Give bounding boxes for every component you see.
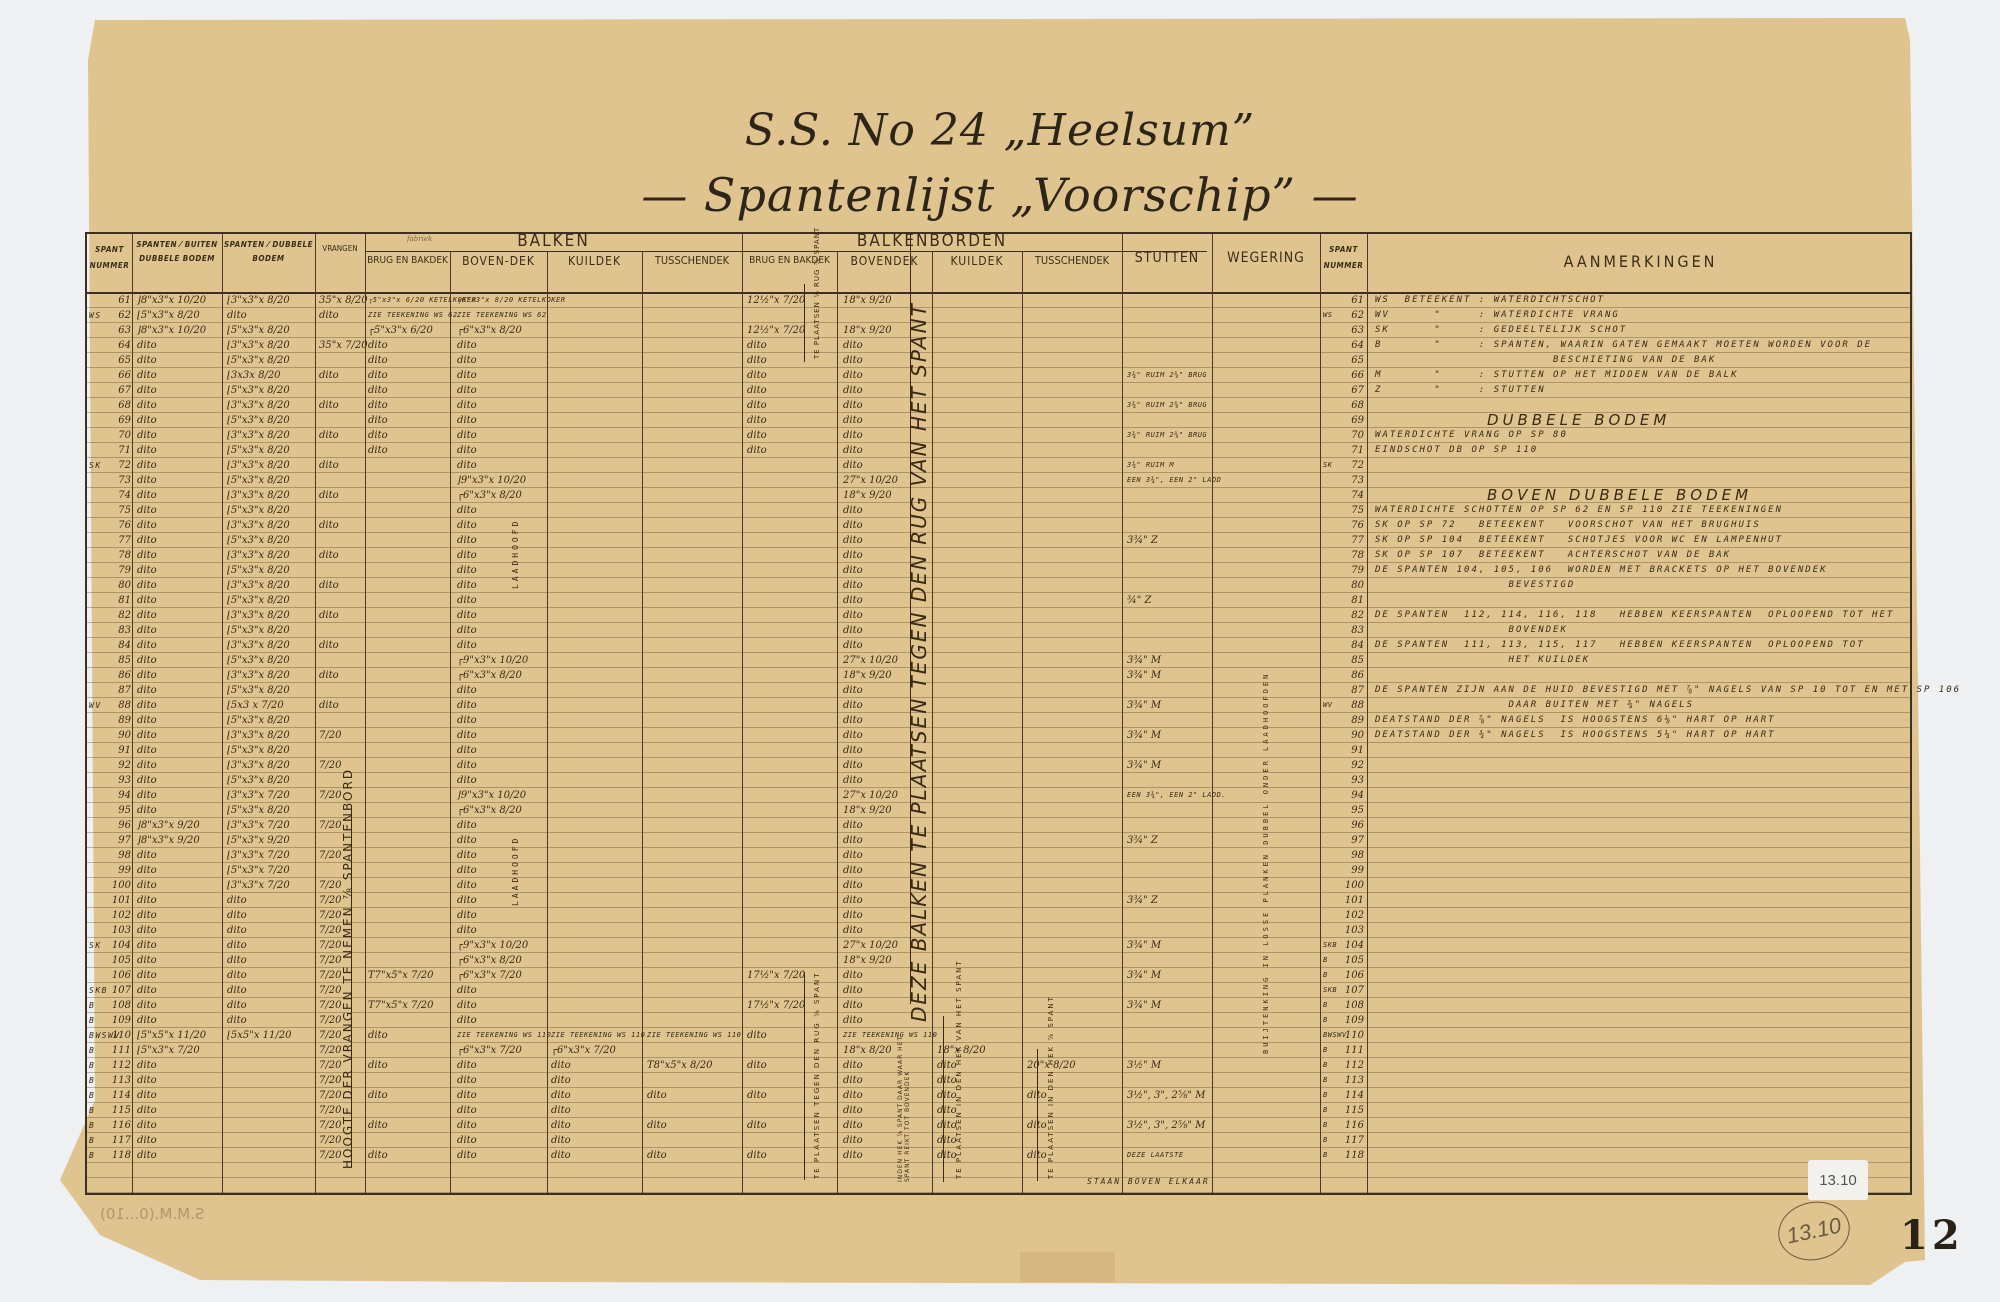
bb-brug-top-arrow [804, 284, 805, 362]
cell-spant-nummer-right: 78 [1342, 548, 1364, 563]
row-rule [87, 1132, 1910, 1133]
cell-nr: 69 [111, 413, 131, 428]
cell-vr: dito [319, 398, 339, 413]
header-spanten-buiten-db: SPANTEN ⁄ BUITEN DUBBELE BODEM [132, 238, 222, 266]
cell-vr: 7/20 [319, 818, 341, 833]
cell-b-boven: dito [457, 398, 477, 413]
cell-spant-nummer-right: 111 [1342, 1043, 1364, 1058]
cell-bb-boven: dito [843, 728, 863, 743]
cell-b-boven: ┌9"x3"x 10/20 [457, 938, 528, 953]
cell-sp-bu: dito [137, 623, 157, 638]
cell-b-boven: dito [457, 548, 477, 563]
cell-sp-db: ⌊3x3x 8/20 [227, 368, 281, 383]
cell-nr: 77 [111, 533, 131, 548]
cell-sp-db: ⌊3"x3"x 8/20 [227, 668, 290, 683]
cell-bb-boven: dito [843, 1058, 863, 1073]
cell-spant-mark-right: WV [1323, 698, 1332, 713]
cell-sp-db: ⌊5"x3"x 8/20 [227, 803, 290, 818]
header-balkenborden-kuildek: KUILDEK [932, 254, 1022, 268]
cell-bb-boven: dito [843, 758, 863, 773]
cell-sp-db: ⌊3"x3"x 7/20 [227, 848, 290, 863]
cell-sp-bu: dito [137, 608, 157, 623]
cell-sp-bu: dito [137, 938, 157, 953]
cell-b-kuil: ZIE TEEKENING WS 110 [551, 1028, 645, 1043]
cell-nr: 78 [111, 548, 131, 563]
cell-nr: 63 [111, 323, 131, 338]
cell-b-boven: ┌6"x3"x 8/20 [457, 668, 522, 683]
cell-spant-nummer-right: 82 [1342, 608, 1364, 623]
cell-spant-nummer-right: 106 [1342, 968, 1364, 983]
row-rule [87, 862, 1910, 863]
row-rule [87, 1027, 1910, 1028]
cell-sp-bu: dito [137, 968, 157, 983]
cell-b-boven: dito [457, 578, 477, 593]
cell-spant-nummer-right: 87 [1342, 683, 1364, 698]
cell-sp-db: ⌊5"x3"x 8/20 [227, 593, 290, 608]
cell-nr: 82 [111, 608, 131, 623]
cell-b-brug: dito [368, 338, 388, 353]
cell-bb-boven: 18"x 9/20 [843, 488, 892, 503]
cell-b-boven: dito [457, 983, 477, 998]
cell-b-brug: dito [368, 353, 388, 368]
cell-sp-db: dito [227, 983, 247, 998]
cell-sp-bu: dito [137, 1058, 157, 1073]
cell-sp-bu: ⌋8"x3"x 10/20 [137, 323, 206, 338]
cell-vr: 7/20 [319, 1028, 341, 1043]
col-divider [932, 251, 933, 1193]
cell-nr: 74 [111, 488, 131, 503]
cell-bb-boven: dito [843, 428, 863, 443]
page-number: 12 [1900, 1212, 1964, 1259]
cell-nr: 80 [111, 578, 131, 593]
cell-spant-mark-right: B [1323, 1073, 1328, 1088]
cell-spant-nummer-right: 98 [1342, 848, 1364, 863]
cell-b-boven: dito [457, 908, 477, 923]
cell-stut: 3¾" Z [1127, 833, 1158, 848]
col-divider [1122, 234, 1123, 1193]
header-balkenborden-bovendek: BOVENDEK [837, 254, 932, 268]
cell-mark: B [89, 1118, 95, 1133]
row-rule [87, 772, 1910, 773]
cell-nr: 86 [111, 668, 131, 683]
cell-nr: 68 [111, 398, 131, 413]
remark-line: EINDSCHOT DB OP SP 110 [1375, 443, 1538, 458]
cell-nr: 112 [111, 1058, 131, 1073]
col-divider [315, 234, 316, 1193]
row-rule [87, 787, 1910, 788]
cell-sp-db: ⌊3"x3"x 8/20 [227, 518, 290, 533]
cell-sp-bu: dito [137, 1013, 157, 1028]
header-balken-kuildek: KUILDEK [547, 254, 642, 268]
cell-b-boven: dito [457, 503, 477, 518]
cell-sp-bu: dito [137, 443, 157, 458]
cell-b-boven: dito [457, 413, 477, 428]
cell-bb-brug: dito [747, 428, 767, 443]
cell-sp-db: ⌊5"x3"x 8/20 [227, 533, 290, 548]
row-rule [87, 1147, 1910, 1148]
row-rule [87, 322, 1910, 323]
cell-spant-nummer-right: 101 [1342, 893, 1364, 908]
cell-sp-bu: ⌊5"x3"x 8/20 [137, 308, 200, 323]
cell-nr: 113 [111, 1073, 131, 1088]
cell-stut: 3¾" RUIM 2⅝" BRUG [1127, 398, 1207, 413]
cell-spant-nummer-right: 102 [1342, 908, 1364, 923]
row-rule [87, 1117, 1910, 1118]
cell-b-tussen: ZIE TEEKENING WS 110 [647, 1028, 741, 1043]
cell-spant-mark-right: B [1323, 1103, 1328, 1118]
cell-b-brug: dito [368, 1028, 388, 1043]
cell-b-boven: ┌6"x3"x 7/20 [457, 1043, 522, 1058]
cell-vr: 7/20 [319, 758, 341, 773]
cell-sp-db: ⌊5x3 x 7/20 [227, 698, 284, 713]
cell-spant-nummer-right: 79 [1342, 563, 1364, 578]
bb-kuildek-arrow [943, 1016, 944, 1182]
cell-mark: B [89, 1058, 95, 1073]
cell-vr: dito [319, 668, 339, 683]
cell-bb-brug: dito [747, 383, 767, 398]
cell-b-brug: dito [368, 1148, 388, 1163]
cell-sp-db: ⌊5"x3"x 8/20 [227, 743, 290, 758]
cell-sp-db: ⌊3"x3"x 7/20 [227, 878, 290, 893]
cell-sp-db: ⌊5"x3"x 8/20 [227, 503, 290, 518]
cell-mark: SK [89, 938, 102, 953]
cell-bb-boven: dito [843, 1073, 863, 1088]
cell-sp-bu: dito [137, 728, 157, 743]
cell-b-boven: dito [457, 1148, 477, 1163]
cell-bb-boven: dito [843, 863, 863, 878]
header-vrangen: VRANGEN [315, 244, 365, 253]
cell-mark: B [89, 1043, 95, 1058]
cell-nr: 106 [111, 968, 131, 983]
cell-stut: 3¾" M [1127, 758, 1161, 773]
cell-b-boven: dito [457, 758, 477, 773]
cell-spant-nummer-right: 76 [1342, 518, 1364, 533]
remark-line: M " : STUTTEN OP HET MIDDEN VAN DE BALK [1375, 368, 1739, 383]
cell-spant-mark-right: B [1323, 1058, 1328, 1073]
cell-vr: 7/20 [319, 1043, 341, 1058]
cell-b-boven: dito [457, 608, 477, 623]
cell-sp-db: dito [227, 953, 247, 968]
cell-stut: 3½", 3", 2⅝" M [1127, 1088, 1205, 1103]
cell-bb-boven: dito [843, 698, 863, 713]
cell-b-boven: ZIE TEEKENING WS 110 [457, 1028, 551, 1043]
cell-nr: 100 [111, 878, 131, 893]
cell-sp-db: dito [227, 893, 247, 908]
cell-bb-boven: 18"x 9/20 [843, 323, 892, 338]
cell-bb-brug: dito [747, 1088, 767, 1103]
cell-spant-mark-right: SK [1323, 458, 1332, 473]
cell-sp-db: ⌊5x5"x 11/20 [227, 1028, 292, 1043]
cell-nr: 105 [111, 953, 131, 968]
cell-sp-bu: dito [137, 653, 157, 668]
header-stutten: STUTTEN [1122, 250, 1212, 266]
cell-sp-bu: dito [137, 848, 157, 863]
cell-vr: 7/20 [319, 1148, 341, 1163]
cell-nr: 81 [111, 593, 131, 608]
cell-nr: 83 [111, 623, 131, 638]
cell-vr: dito [319, 548, 339, 563]
cell-stut: 3¾" M [1127, 968, 1161, 983]
cell-bb-brug: 17½"x 7/20 [747, 998, 805, 1013]
cell-spant-mark-right: B [1323, 1043, 1328, 1058]
cell-mark: WV [89, 698, 102, 713]
cell-sp-bu: dito [137, 923, 157, 938]
cell-spant-mark-right: B [1323, 998, 1328, 1013]
cell-sp-bu: dito [137, 353, 157, 368]
cell-sp-db: dito [227, 308, 247, 323]
cell-nr: 98 [111, 848, 131, 863]
cell-sp-db: ⌊3"x3"x 8/20 [227, 578, 290, 593]
cell-stut: 3¾" M [1127, 728, 1161, 743]
archive-sticker: 13.10 [1808, 1160, 1868, 1200]
cell-nr: 79 [111, 563, 131, 578]
cell-bb-brug: dito [747, 398, 767, 413]
row-rule [87, 1057, 1910, 1058]
bb-brug-bottom-note: TE PLAATSEN TEGEN DEN RUG ⅞ SPANT [813, 972, 821, 1179]
cell-bb-brug: dito [747, 368, 767, 383]
cell-mark: SK [89, 458, 102, 473]
cell-bb-brug: 12½"x 7/20 [747, 293, 805, 308]
cell-spant-nummer-right: 112 [1342, 1058, 1364, 1073]
cell-spant-nummer-right: 80 [1342, 578, 1364, 593]
cell-sp-bu: dito [137, 773, 157, 788]
cell-b-kuil: ┌6"x3"x 7/20 [551, 1043, 616, 1058]
cell-bb-brug: 17½"x 7/20 [747, 968, 805, 983]
cell-sp-db: ⌊5"x3"x 8/20 [227, 773, 290, 788]
cell-sp-bu: dito [137, 743, 157, 758]
cell-spant-nummer-right: 69 [1342, 413, 1364, 428]
cell-bb-boven: dito [843, 743, 863, 758]
cell-nr: 117 [111, 1133, 131, 1148]
cell-b-brug: dito [368, 398, 388, 413]
cell-bb-boven: 18"x 9/20 [843, 668, 892, 683]
cell-sp-db: ⌊3"x3"x 8/20 [227, 458, 290, 473]
cell-bb-boven: dito [843, 353, 863, 368]
cell-sp-bu: dito [137, 368, 157, 383]
row-rule [87, 997, 1910, 998]
cell-sp-db: ⌊5"x3"x 8/20 [227, 713, 290, 728]
cell-mark: B [89, 1148, 95, 1163]
col-divider [450, 251, 451, 1193]
cell-nr: 93 [111, 773, 131, 788]
cell-nr: 99 [111, 863, 131, 878]
cell-vr: 7/20 [319, 1133, 341, 1148]
bb-brug-bottom-arrow [804, 972, 805, 1180]
cell-nr: 103 [111, 923, 131, 938]
cell-b-boven: dito [457, 1058, 477, 1073]
cell-vr: dito [319, 428, 339, 443]
cell-sp-bu: dito [137, 1118, 157, 1133]
stutten-extra-note: STAAN BOVEN ELKAAR [1087, 1174, 1210, 1189]
row-rule [87, 922, 1910, 923]
cell-bb-boven: dito [843, 413, 863, 428]
cell-b-boven: dito [457, 713, 477, 728]
cell-bb-kuil: dito [937, 1103, 957, 1118]
row-rule [87, 907, 1910, 908]
row-rule [87, 982, 1910, 983]
remark-line: WV " : WATERDICHTE VRANG [1375, 308, 1620, 323]
remark-line: DEATSTAND DER ⅞" NAGELS IS HOOGSTENS 6⅛"… [1375, 713, 1776, 728]
cell-sp-db: ⌊5"x3"x 9/20 [227, 833, 290, 848]
header-aanmerkingen: AANMERKINGEN [1367, 252, 1914, 271]
cell-spant-nummer-right: 109 [1342, 1013, 1364, 1028]
cell-spant-nummer-right: 65 [1342, 353, 1364, 368]
cell-spant-nummer-right: 75 [1342, 503, 1364, 518]
row-rule [87, 892, 1910, 893]
cell-nr: 109 [111, 1013, 131, 1028]
cell-stut: 3½", 3", 2⅝" M [1127, 1118, 1205, 1133]
cell-bb-brug: 12½"x 7/20 [747, 323, 805, 338]
cell-sp-bu: dito [137, 668, 157, 683]
cell-nr: 97 [111, 833, 131, 848]
cell-spant-nummer-right: 88 [1342, 698, 1364, 713]
cell-sp-bu: dito [137, 683, 157, 698]
fabriek-pencil-note: fabriek [407, 232, 432, 247]
cell-bb-boven: dito [843, 1103, 863, 1118]
cell-bb-brug: dito [747, 1148, 767, 1163]
cell-b-boven: dito [457, 818, 477, 833]
cell-nr: 89 [111, 713, 131, 728]
cell-sp-bu: dito [137, 548, 157, 563]
cell-stut: 3¾" Z [1127, 533, 1158, 548]
cell-nr: 116 [111, 1118, 131, 1133]
cell-spant-mark-right: B [1323, 1133, 1328, 1148]
cell-nr: 101 [111, 893, 131, 908]
cell-sp-db: dito [227, 968, 247, 983]
cell-sp-bu: dito [137, 338, 157, 353]
remark-line: DE SPANTEN 111, 113, 115, 117 HEBBEN KEE… [1375, 638, 1865, 653]
cell-b-boven: ┌6"x3"x 8/20 [457, 803, 522, 818]
cell-mark: B [89, 1133, 95, 1148]
cell-sp-db: ⌊5"x3"x 8/20 [227, 473, 290, 488]
remark-line: Z " : STUTTEN [1375, 383, 1546, 398]
row-rule [87, 1042, 1910, 1043]
cell-sp-bu: ⌊5"x5"x 11/20 [137, 1028, 206, 1043]
cell-b-boven: dito [457, 368, 477, 383]
cell-b-tussen: dito [647, 1088, 667, 1103]
cell-bb-brug: dito [747, 1028, 767, 1043]
row-rule [87, 847, 1910, 848]
cell-bb-kuil: dito [937, 1073, 957, 1088]
cell-sp-bu: dito [137, 458, 157, 473]
cell-bb-kuil: dito [937, 1118, 957, 1133]
row-rule [87, 472, 1910, 473]
cell-sp-bu: dito [137, 893, 157, 908]
cell-b-kuil: dito [551, 1148, 571, 1163]
cell-sp-bu: ⌋8"x3"x 9/20 [137, 818, 200, 833]
cell-sp-db: ⌊3"x3"x 8/20 [227, 488, 290, 503]
cell-bb-brug: dito [747, 1058, 767, 1073]
cell-spant-mark-right: BWSWV [1323, 1028, 1347, 1043]
cell-sp-bu: dito [137, 998, 157, 1013]
cell-bb-boven: ZIE TEEKENING WS 110 [843, 1028, 937, 1043]
cell-sp-db: ⌊3"x3"x 7/20 [227, 788, 290, 803]
cell-b-boven: dito [457, 1088, 477, 1103]
cell-sp-db: ⌊5"x3"x 8/20 [227, 563, 290, 578]
cell-b-boven: dito [457, 623, 477, 638]
col-divider [1212, 234, 1213, 1193]
cell-bb-kuil: dito [937, 1148, 957, 1163]
cell-nr: 65 [111, 353, 131, 368]
cell-bb-boven: dito [843, 1088, 863, 1103]
wegering-vertical-note: BUIJTENKING IN LOSSE PLANKEN DUBBEL ONDE… [1262, 672, 1270, 1054]
cell-vr: dito [319, 578, 339, 593]
cell-bb-boven: dito [843, 398, 863, 413]
row-rule [87, 1087, 1910, 1088]
row-rule [87, 397, 1910, 398]
col-divider [742, 234, 743, 1193]
cell-nr: 70 [111, 428, 131, 443]
cell-sp-bu: dito [137, 803, 157, 818]
header-balken-tusschendek: TUSSCHENDEK [642, 254, 742, 267]
cell-bb-boven: dito [843, 518, 863, 533]
remark-line: SK OP SP 104 BETEEKENT SCHOTJES VOOR WC … [1375, 533, 1783, 548]
cell-b-kuil: dito [551, 1118, 571, 1133]
col-divider [1320, 234, 1321, 1193]
cell-sp-db: ⌊5"x3"x 8/20 [227, 353, 290, 368]
cell-nr: 95 [111, 803, 131, 818]
cell-spant-nummer-right: 91 [1342, 743, 1364, 758]
cell-stut: 3¾" M [1127, 668, 1161, 683]
col-divider [365, 234, 366, 1193]
cell-spant-nummer-right: 100 [1342, 878, 1364, 893]
cell-nr: 115 [111, 1103, 131, 1118]
cell-sp-bu: dito [137, 953, 157, 968]
remarks-heading: DUBBELE BODEM [1487, 411, 1670, 429]
header-spant-nummer-right: SPANT NUMMER [1320, 242, 1367, 274]
cell-bb-boven: 27"x 10/20 [843, 653, 898, 668]
vrangen-arrow [351, 807, 352, 1167]
remark-line: DE SPANTEN 104, 105, 106 WORDEN MET BRAC… [1375, 563, 1828, 578]
cell-spant-nummer-right: 92 [1342, 758, 1364, 773]
cell-b-kuil: dito [551, 1103, 571, 1118]
cell-b-boven: dito [457, 893, 477, 908]
faint-stamp: S.M.M.(0...10) [100, 1205, 204, 1223]
cell-spant-nummer-right: 68 [1342, 398, 1364, 413]
cell-nr: 87 [111, 683, 131, 698]
cell-sp-db: dito [227, 998, 247, 1013]
cell-vr: 7/20 [319, 938, 341, 953]
cell-vr: dito [319, 458, 339, 473]
cell-bb-boven: dito [843, 833, 863, 848]
cell-b-brug: dito [368, 443, 388, 458]
cell-b-boven: dito [457, 1103, 477, 1118]
remark-line: DEATSTAND DER ¾" NAGELS IS HOOGSTENS 5¼"… [1375, 728, 1776, 743]
cell-sp-db: ⌊3"x3"x 7/20 [227, 818, 290, 833]
cell-b-boven: ZIE TEEKENING WS 62 [457, 308, 547, 323]
cell-bb-boven: 27"x 10/20 [843, 473, 898, 488]
cell-stut: 3¾" M [1127, 998, 1161, 1013]
cell-sp-db: ⌊5"x3"x 8/20 [227, 323, 290, 338]
cell-sp-bu: dito [137, 1103, 157, 1118]
cell-spant-nummer-right: 81 [1342, 593, 1364, 608]
cell-bb-boven: dito [843, 443, 863, 458]
cell-nr: 73 [111, 473, 131, 488]
cell-vr: 7/20 [319, 788, 341, 803]
remark-line: DE SPANTEN 112, 114, 116, 118 HEBBEN KEE… [1375, 608, 1894, 623]
col-divider [132, 234, 133, 1193]
cell-nr: 71 [111, 443, 131, 458]
cell-bb-boven: dito [843, 893, 863, 908]
cell-b-brug: ┌5"x3"x 6/20 [368, 323, 433, 338]
cell-spant-nummer-right: 94 [1342, 788, 1364, 803]
cell-b-boven: dito [457, 773, 477, 788]
cell-spant-mark-right: B [1323, 1148, 1328, 1163]
cell-spant-nummer-right: 89 [1342, 713, 1364, 728]
cell-b-boven: dito [457, 638, 477, 653]
vrangen-vertical-note: HOOGTE DER VRANGEN TE NEMEN ⅞ SPANTENBOR… [341, 768, 355, 1169]
bb-bovendek-arrow [910, 234, 911, 1004]
